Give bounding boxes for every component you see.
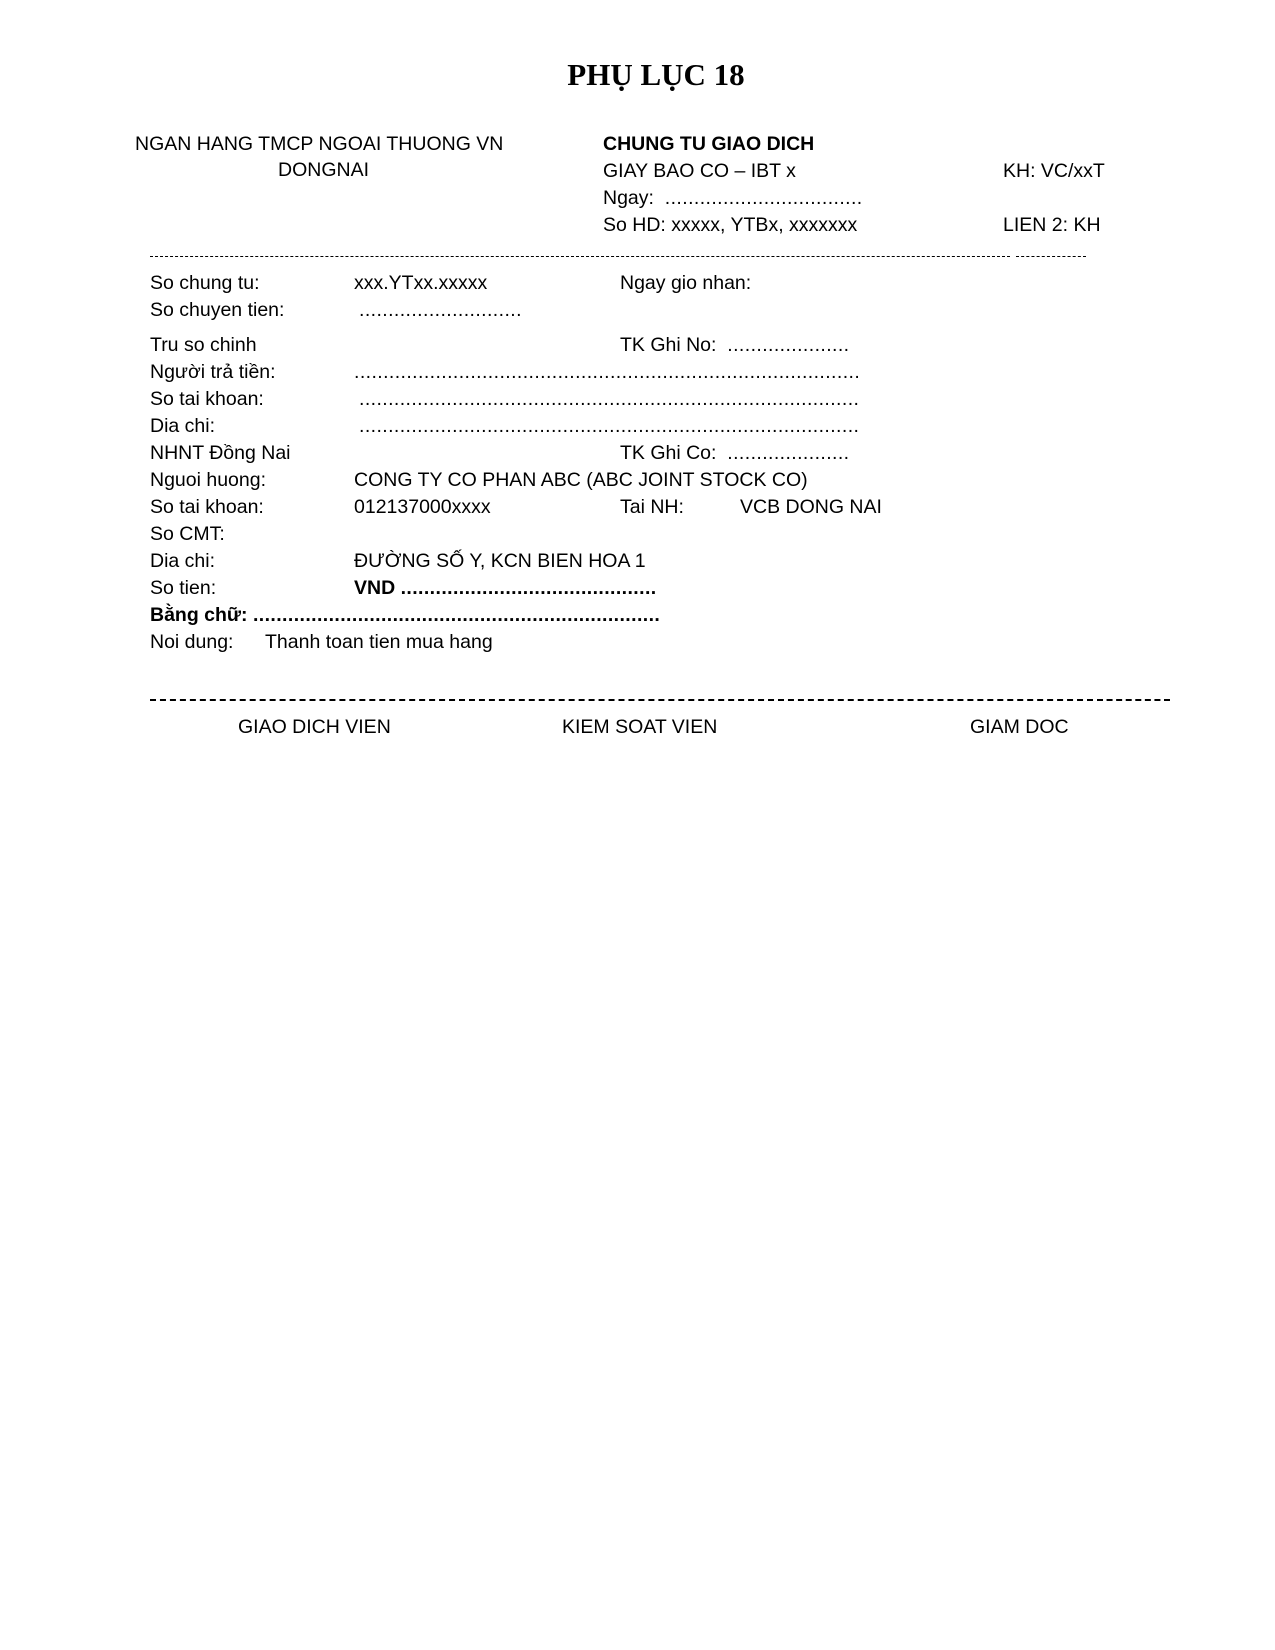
so-tai-khoan-payer-field[interactable]: ........................................… [359, 388, 859, 410]
nguoi-huong-value: CONG TY CO PHAN ABC (ABC JOINT STOCK CO) [354, 469, 808, 491]
noi-dung-label: Noi dung: [150, 631, 233, 653]
dia-chi-payer-label: Dia chi: [150, 415, 215, 437]
signature-supervisor: KIEM SOAT VIEN [562, 716, 717, 738]
page-title: PHỤ LỤC 18 [0, 58, 1275, 92]
so-tai-khoan-payee-label: So tai khoan: [150, 496, 264, 518]
signature-teller: GIAO DICH VIEN [238, 716, 391, 738]
noi-dung-value: Thanh toan tien mua hang [265, 631, 493, 653]
signature-director: GIAM DOC [970, 716, 1069, 738]
bang-chu-label: Bằng chữ: [150, 604, 248, 626]
tru-so-chinh-label: Tru so chinh [150, 334, 257, 356]
ngay-gio-nhan-label: Ngay gio nhan: [620, 272, 751, 294]
tk-ghi-no-label: TK Ghi No: [620, 334, 716, 356]
dia-chi-payee-value: ĐƯỜNG SỐ Y, KCN BIEN HOA 1 [354, 550, 646, 572]
bang-chu-field[interactable]: ........................................… [253, 604, 660, 626]
dia-chi-payee-label: Dia chi: [150, 550, 215, 572]
branch-name: DONGNAI [278, 159, 369, 181]
so-chuyen-tien-label: So chuyen tien: [150, 299, 284, 321]
tk-ghi-no-field[interactable]: ..................... [727, 334, 849, 356]
copy-label: LIEN 2: KH [1003, 214, 1101, 236]
customer-code: KH: VC/xxT [1003, 160, 1105, 182]
document-type: CHUNG TU GIAO DICH [603, 133, 814, 155]
date-label: Ngay: [603, 187, 654, 209]
tk-ghi-co-field[interactable]: ..................... [727, 442, 849, 464]
contract-value: xxxxx, YTBx, xxxxxxx [671, 214, 857, 236]
tk-ghi-co-line: TK Ghi Co: ..................... [620, 442, 849, 464]
so-cmt-label: So CMT: [150, 523, 225, 545]
so-chung-tu-label: So chung tu: [150, 272, 260, 294]
document-subtype: GIAY BAO CO – IBT x [603, 160, 796, 182]
date-field[interactable]: .................................. [665, 187, 863, 209]
tk-ghi-no-line: TK Ghi No: ..................... [620, 334, 849, 356]
date-line: Ngay: .................................. [603, 187, 863, 209]
tk-ghi-co-label: TK Ghi Co: [620, 442, 716, 464]
so-tien-label: So tien: [150, 577, 216, 599]
nguoi-tra-tien-label: Người trả tiền: [150, 361, 276, 383]
so-tien-field[interactable]: ........................................… [401, 577, 657, 599]
bang-chu-line: Bằng chữ: ..............................… [150, 604, 660, 626]
dia-chi-payer-field[interactable]: ........................................… [359, 415, 859, 437]
contract-label: So HD: [603, 214, 666, 236]
tai-nh-label: Tai NH: [620, 496, 684, 518]
nguoi-tra-tien-field[interactable]: ........................................… [354, 361, 860, 383]
so-chung-tu-value: xxx.YTxx.xxxxx [354, 272, 487, 294]
tai-nh-value: VCB DONG NAI [740, 496, 882, 518]
nguoi-huong-label: Nguoi huong: [150, 469, 266, 491]
so-tai-khoan-payer-label: So tai khoan: [150, 388, 264, 410]
so-chuyen-tien-field[interactable]: ............................ [359, 299, 522, 321]
separator-bottom [150, 699, 1093, 701]
contract-line: So HD: xxxxx, YTBx, xxxxxxx [603, 214, 857, 236]
currency-code: VND [354, 577, 395, 599]
separator-top [150, 256, 1010, 257]
so-tien-line: VND ....................................… [354, 577, 657, 599]
nhnt-label: NHNT Đồng Nai [150, 442, 291, 464]
separator-bottom-tail [1097, 699, 1170, 701]
bank-name: NGAN HANG TMCP NGOAI THUONG VN [135, 133, 503, 155]
separator-top-tail [1016, 256, 1086, 257]
so-tai-khoan-payee-value: 012137000xxxx [354, 496, 491, 518]
